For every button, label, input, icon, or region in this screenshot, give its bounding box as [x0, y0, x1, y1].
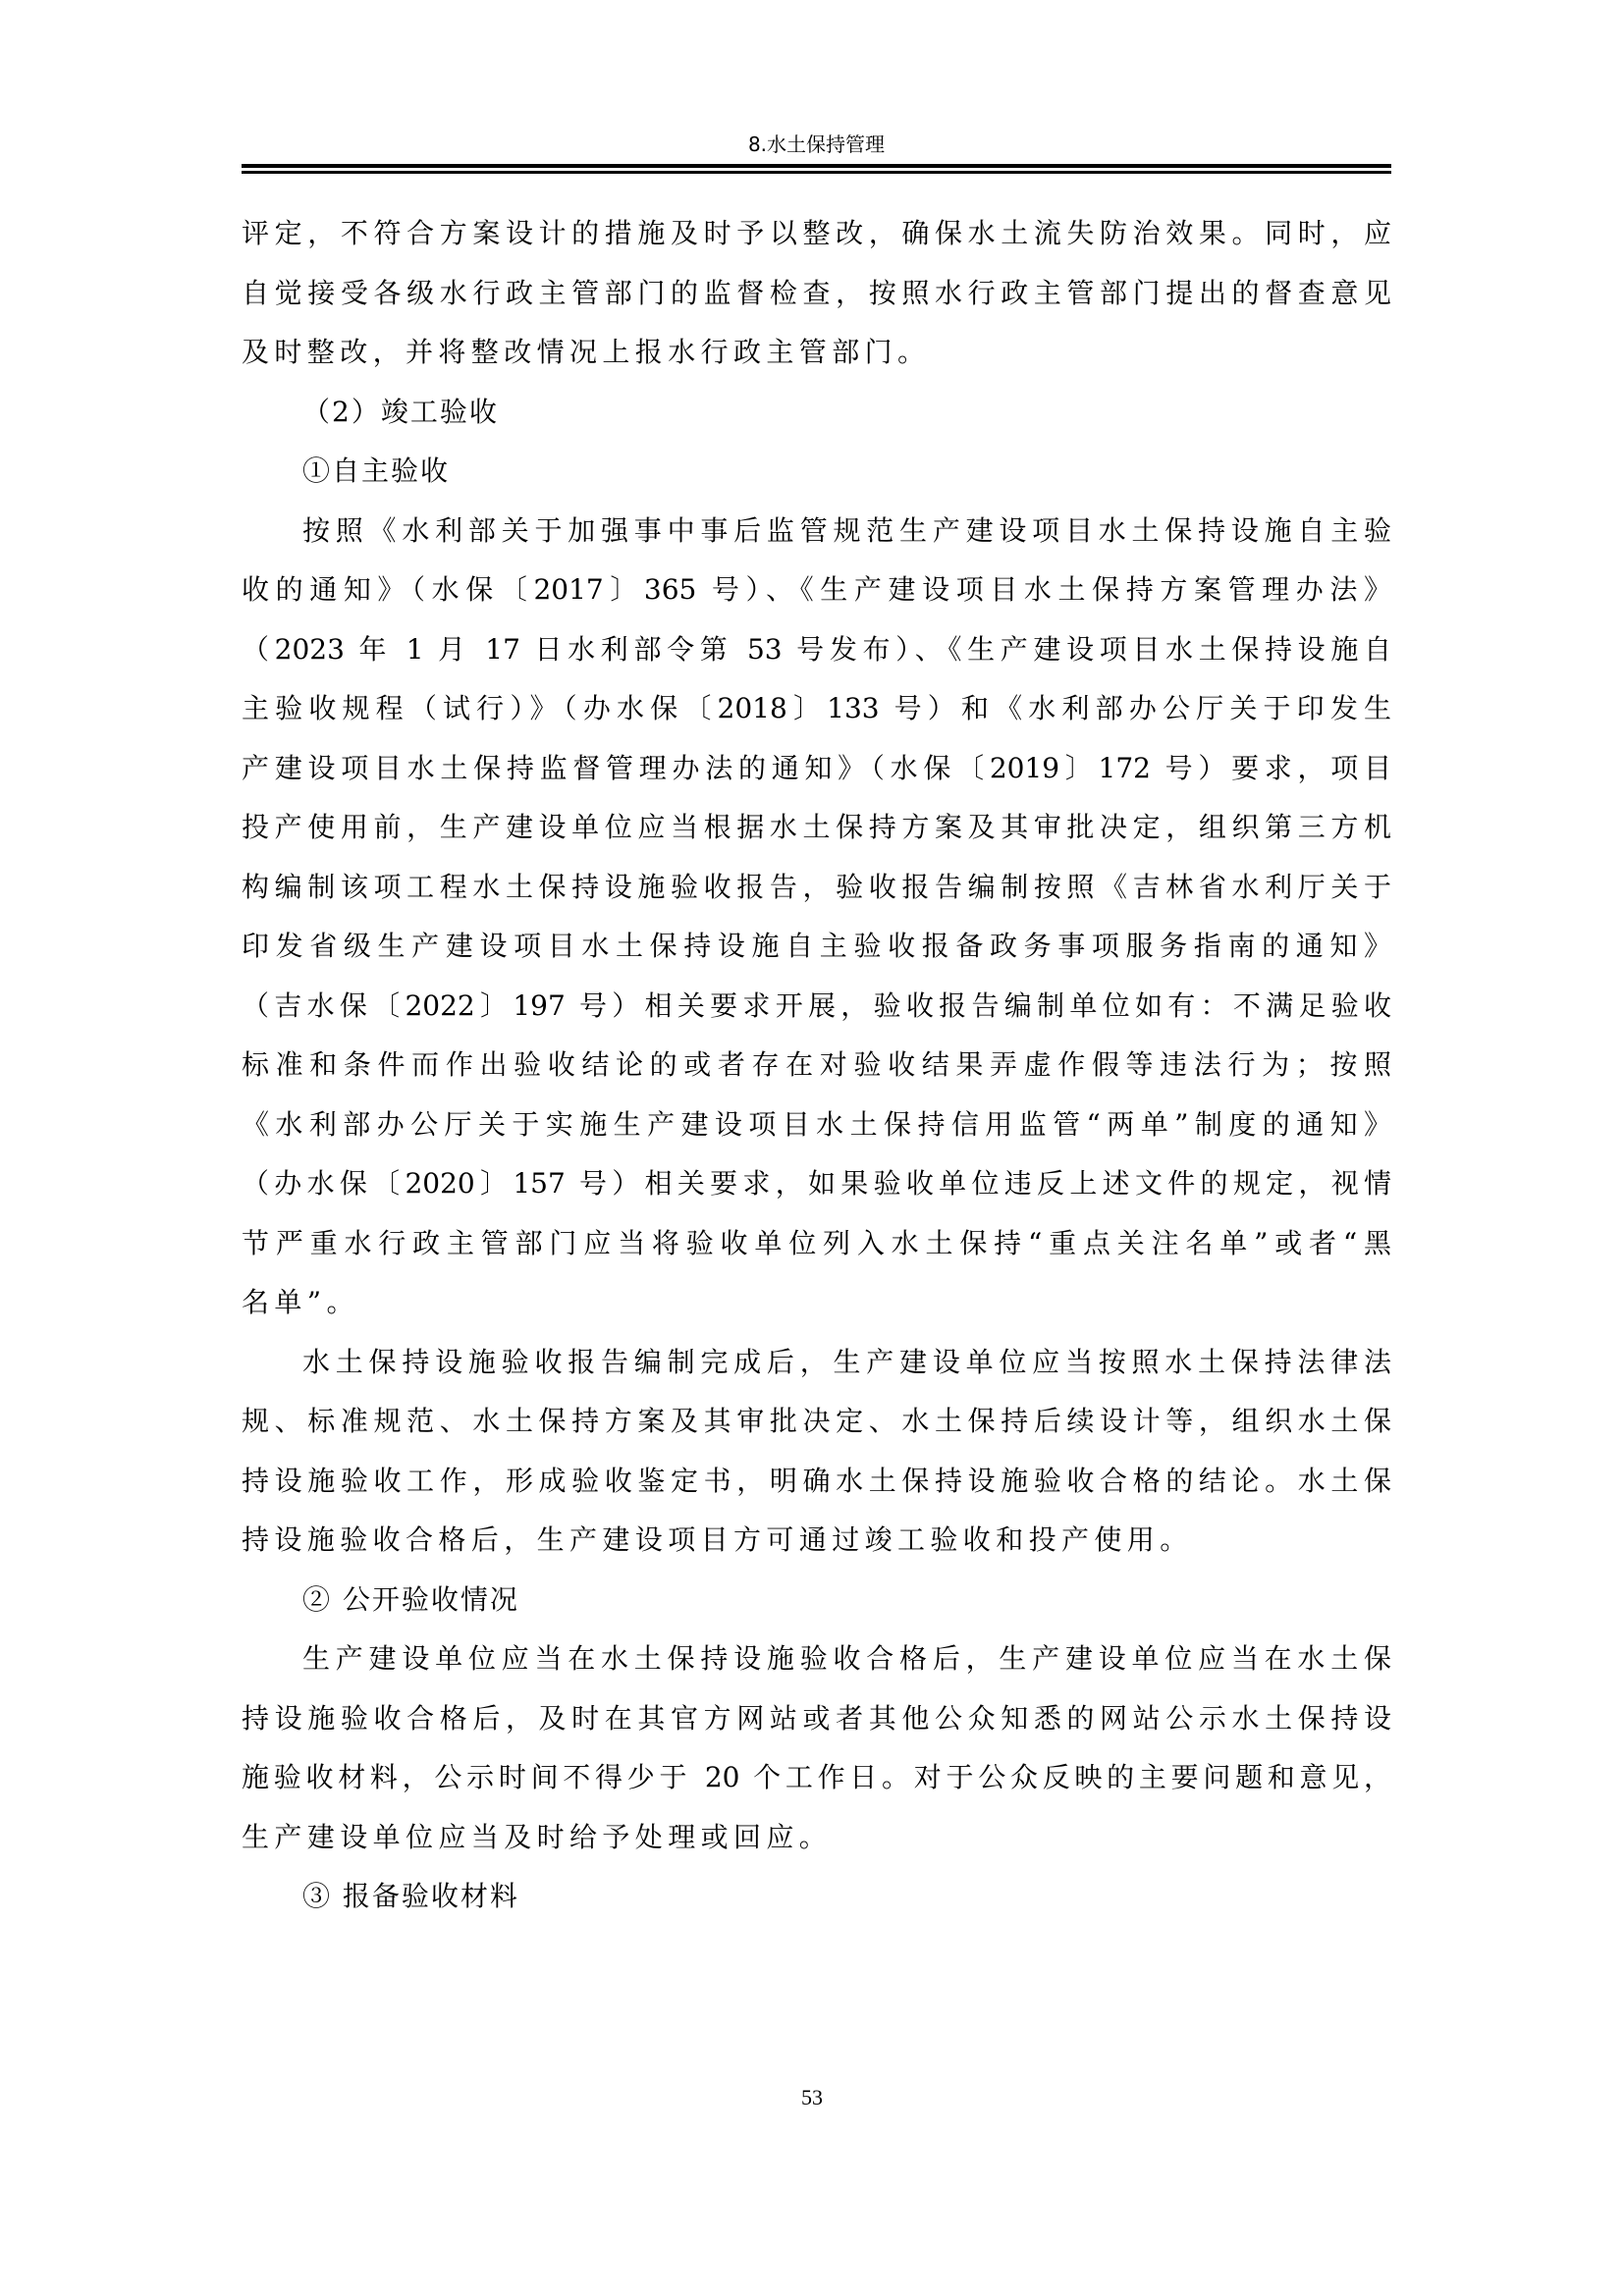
- paragraph-line: 构编制该项工程水土保持设施验收报告，验收报告编制按照《吉林省水利厅关于: [242, 858, 1391, 918]
- paragraph-line: 收的通知》（水保〔2017〕365 号）、《生产建设项目水土保持方案管理办法》: [242, 561, 1391, 620]
- paragraph-line: 规、标准规范、水土保持方案及其审批决定、水土保持后续设计等，组织水土保: [242, 1392, 1391, 1452]
- paragraph-line: 投产使用前，生产建设单位应当根据水土保持方案及其审批决定，组织第三方机: [242, 798, 1391, 858]
- subheading-filing-materials: ③ 报备验收材料: [242, 1867, 1391, 1927]
- paragraph-line: 施验收材料，公示时间不得少于 20 个工作日。对于公众反映的主要问题和意见，: [242, 1748, 1391, 1808]
- paragraph-line: 持设施验收合格后，及时在其官方网站或者其他公众知悉的网站公示水土保持设: [242, 1689, 1391, 1749]
- paragraph-line: 自觉接受各级水行政主管部门的监督检查，按照水行政主管部门提出的督查意见: [242, 264, 1391, 324]
- paragraph-line: （2023 年 1 月 17 日水利部令第 53 号发布）、《生产建设项目水土保…: [242, 620, 1391, 680]
- paragraph-line: 持设施验收工作，形成验收鉴定书，明确水土保持设施验收合格的结论。水土保: [242, 1452, 1391, 1512]
- paragraph-line: 名单”。: [242, 1273, 1391, 1333]
- subheading-public-disclosure: ② 公开验收情况: [242, 1571, 1391, 1630]
- paragraph-line: 产建设项目水土保持监督管理办法的通知》（水保〔2019〕172 号）要求，项目: [242, 739, 1391, 799]
- section-heading-completion-acceptance: （2）竣工验收: [242, 383, 1391, 443]
- paragraph-line: 《水利部办公厅关于实施生产建设项目水土保持信用监管“两单”制度的通知》: [242, 1095, 1391, 1155]
- paragraph-line: 生产建设单位应当及时给予处理或回应。: [242, 1808, 1391, 1868]
- page-number: 53: [0, 2083, 1624, 2112]
- paragraph-line: （吉水保〔2022〕197 号）相关要求开展，验收报告编制单位如有：不满足验收: [242, 977, 1391, 1037]
- paragraph-line: 节严重水行政主管部门应当将验收单位列入水土保持“重点关注名单”或者“黑: [242, 1214, 1391, 1274]
- paragraph-line: 按照《水利部关于加强事中事后监管规范生产建设项目水土保持设施自主验: [242, 502, 1391, 561]
- paragraph-line: 生产建设单位应当在水土保持设施验收合格后，生产建设单位应当在水土保: [242, 1629, 1391, 1689]
- paragraph-line: 主验收规程（试行）》（办水保〔2018〕133 号）和《水利部办公厅关于印发生: [242, 679, 1391, 739]
- subheading-self-acceptance: ①自主验收: [242, 442, 1391, 502]
- paragraph-line: 持设施验收合格后，生产建设项目方可通过竣工验收和投产使用。: [242, 1511, 1391, 1571]
- paragraph-line: 及时整改，并将整改情况上报水行政主管部门。: [242, 323, 1391, 383]
- paragraph-line: 印发省级生产建设项目水土保持设施自主验收报备政务事项服务指南的通知》: [242, 917, 1391, 977]
- paragraph-line: （办水保〔2020〕157 号）相关要求，如果验收单位违反上述文件的规定，视情: [242, 1154, 1391, 1214]
- paragraph-line: 标准和条件而作出验收结论的或者存在对验收结果弄虚作假等违法行为；按照: [242, 1036, 1391, 1095]
- running-header: 8.水土保持管理: [242, 130, 1391, 159]
- paragraph-line: 评定，不符合方案设计的措施及时予以整改，确保水土流失防治效果。同时，应: [242, 204, 1391, 264]
- paragraph-line: 水土保持设施验收报告编制完成后，生产建设单位应当按照水土保持法律法: [242, 1333, 1391, 1393]
- header-rule-thick: [242, 164, 1391, 168]
- header-rule-thin: [242, 171, 1391, 174]
- document-body: 评定，不符合方案设计的措施及时予以整改，确保水土流失防治效果。同时，应 自觉接受…: [242, 204, 1391, 1927]
